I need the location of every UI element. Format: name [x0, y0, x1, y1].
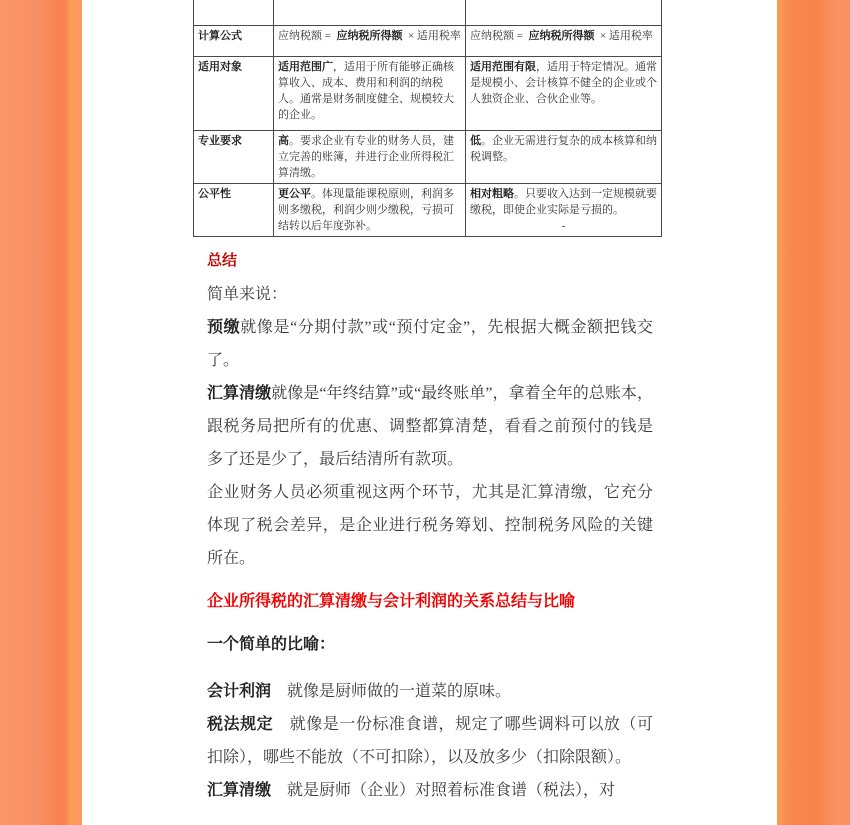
- dash-mark: -: [470, 218, 657, 234]
- paragraph-settlement: 汇算清缴就像是“年终结算”或“最终账单”，拿着全年的总账本，跟税务局把所有的优惠…: [207, 377, 653, 476]
- left-orange-band: [0, 0, 82, 825]
- tax-comparison-table: 税额 = 成本费用支出额 ÷（1－应税 所得率）× 应税所得率 计算公式 应纳税…: [193, 0, 662, 237]
- table-row-requirement: 专业要求 高。要求企业有专业的财务人员，建立完善的账簿，并进行企业所得税汇算清缴…: [194, 131, 662, 184]
- paragraph-settlement-analogy: 汇算清缴 就是厨师（企业）对照着标准食谱（税法），对: [207, 774, 653, 807]
- analogy-subheading: 一个简单的比喻：: [207, 628, 653, 661]
- row-label-cell: 专业要求: [194, 131, 274, 184]
- right-orange-band: [777, 0, 850, 825]
- right-value-cell: 税额 = 成本费用支出额 ÷（1－应税 所得率）× 应税所得率: [466, 0, 662, 26]
- row-label-cell: 适用对象: [194, 57, 274, 131]
- right-value-cell: 低。企业无需进行复杂的成本核算和纳税调整。: [466, 131, 662, 184]
- row-label-cell: 公平性: [194, 184, 274, 237]
- table-row-fairness: 公平性 更公平。体现量能课税原则，利润多则多缴税，利润少则少缴税，亏损可结转以后…: [194, 184, 662, 237]
- right-value-cell: 相对粗略。只要收入达到一定规模就要缴税，即使企业实际是亏损的。-: [466, 184, 662, 237]
- right-value-cell: 应纳税额 = 应纳税所得额 × 适用税率: [466, 26, 662, 57]
- left-value-cell: 适用范围广，适用于所有能够正确核算收入、成本、费用和利润的纳税人。通常是财务制度…: [274, 57, 466, 131]
- row-label-cell: 计算公式: [194, 26, 274, 57]
- table-row-formula: 计算公式 应纳税额 = 应纳税所得额 × 适用税率 应纳税额 = 应纳税所得额 …: [194, 26, 662, 57]
- paragraph-intro: 简单来说：: [207, 278, 653, 311]
- paragraph-prepay: 预缴就像是“分期付款”或“预付定金”，先根据大概金额把钱交了。: [207, 311, 653, 377]
- left-value-cell: 高。要求企业有专业的财务人员，建立完善的账簿，并进行企业所得税汇算清缴。: [274, 131, 466, 184]
- left-value-cell: 更公平。体现量能课税原则，利润多则多缴税，利润少则少缴税，亏损可结转以后年度弥补…: [274, 184, 466, 237]
- analogy-heading: 企业所得税的汇算清缴与会计利润的关系总结与比喻: [207, 585, 653, 618]
- paragraph-tax-rules: 税法规定 就像是一份标准食谱，规定了哪些调料可以放（可扣除），哪些不能放（不可扣…: [207, 708, 653, 774]
- paragraph-importance: 企业财务人员必须重视这两个环节，尤其是汇算清缴，它充分体现了税会差异，是企业进行…: [207, 476, 653, 575]
- document-page: 税额 = 成本费用支出额 ÷（1－应税 所得率）× 应税所得率 计算公式 应纳税…: [0, 0, 850, 825]
- left-value-cell: [274, 0, 466, 26]
- table-row-scope: 适用对象 适用范围广，适用于所有能够正确核算收入、成本、费用和利润的纳税人。通常…: [194, 57, 662, 131]
- right-value-cell: 适用范围有限，适用于特定情况。通常是规模小、会计核算不健全的企业或个人独资企业、…: [466, 57, 662, 131]
- summary-heading: 总结: [207, 245, 653, 278]
- table-row-formula-top: 税额 = 成本费用支出额 ÷（1－应税 所得率）× 应税所得率: [194, 0, 662, 26]
- body-text: 总结 简单来说： 预缴就像是“分期付款”或“预付定金”，先根据大概金额把钱交了。…: [207, 245, 653, 807]
- row-label-cell: [194, 0, 274, 26]
- left-value-cell: 应纳税额 = 应纳税所得额 × 适用税率: [274, 26, 466, 57]
- paragraph-accounting-profit: 会计利润 就像是厨师做的一道菜的原味。: [207, 675, 653, 708]
